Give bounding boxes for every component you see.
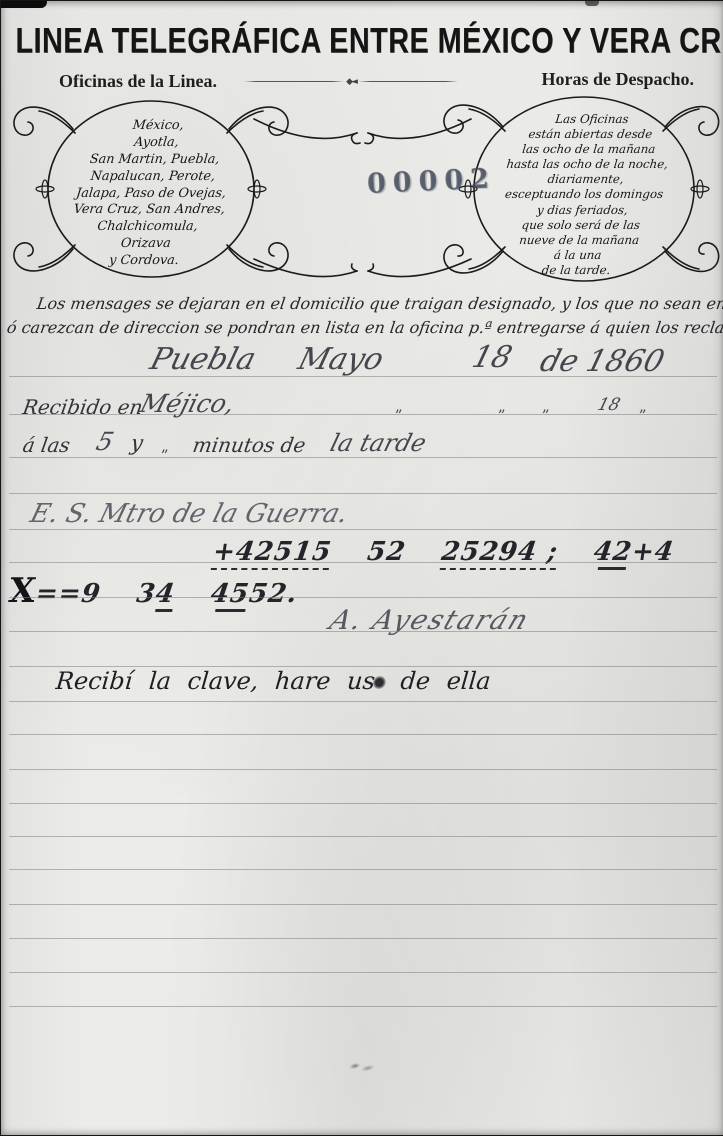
offices-subhead: Oficinas de la Linea.	[59, 71, 217, 92]
hours-line: hasta las ocho de la noche,	[482, 157, 692, 172]
dateline-year: 1860	[582, 344, 668, 379]
ruled-line	[9, 938, 717, 939]
dateline-de: de	[536, 344, 582, 379]
cipher-line-2: X==9 34 4552.	[6, 571, 301, 612]
time-period: la tarde	[327, 429, 429, 457]
ruled-line	[9, 414, 717, 415]
hours-subhead: Horas de Despacho.	[542, 69, 695, 90]
hours-line: las ocho de la mañana	[484, 142, 694, 157]
received-label: Recibido en	[21, 395, 144, 419]
office-line: Napalucan, Perote,	[56, 169, 250, 186]
reply-note: Recibí la clave, hare us de ella	[55, 667, 492, 695]
ditto-mark: „	[542, 397, 550, 415]
hours-line: Las Oficinas	[487, 112, 697, 127]
time-a-las: á las	[21, 433, 72, 457]
cipher-group: X==9	[6, 571, 104, 611]
ruled-line	[9, 734, 717, 735]
received-line: Recibido en Méjico, „ „ „ 18 „	[1, 393, 723, 427]
cipher-group: 34	[134, 579, 177, 612]
ruled-line	[9, 493, 717, 494]
divider-diamond-ornament: ◆◄	[346, 77, 356, 87]
hours-line: diariamente,	[481, 172, 691, 187]
ruled-line	[9, 904, 717, 905]
dateline: Puebla Mayo 18 de 1860	[1, 342, 723, 390]
ink-smudge	[343, 1053, 381, 1079]
notice-line-2: ó carezcan de direccion se pondran en li…	[6, 318, 723, 337]
scan-top-mark	[585, 1, 599, 6]
ruled-line	[9, 631, 717, 632]
ditto-mark: „	[498, 397, 506, 415]
ink-blot	[372, 676, 386, 689]
ruled-line	[9, 869, 717, 870]
hours-line: y dias feriados,	[478, 203, 688, 218]
ruled-line	[9, 529, 717, 530]
office-line: y Cordova.	[47, 253, 241, 270]
ruled-line	[9, 836, 717, 837]
ditto-mark: „	[161, 437, 169, 455]
offices-list: México, Ayotla, San Martin, Puebla, Napa…	[47, 118, 255, 270]
time-minutos-de: minutos de	[191, 433, 307, 457]
header-divider: ◆◄	[244, 80, 458, 83]
ruled-line	[9, 457, 717, 458]
dateline-place: Puebla	[146, 342, 259, 377]
ruled-line	[9, 666, 717, 667]
reply-note-text: de ella	[399, 667, 492, 695]
cipher-group: 25294 ;	[439, 537, 560, 570]
ruled-line	[9, 376, 717, 377]
time-hour: 5	[93, 427, 117, 456]
reply-note-text: Recibí la clave, hare us	[55, 667, 376, 695]
hours-line: á la una	[473, 248, 683, 263]
time-line: á las 5 y „ minutos de la tarde	[1, 431, 723, 465]
office-line: Jalapa, Paso de Ovejas,	[54, 186, 248, 203]
hours-line: nueve de la mañana	[474, 233, 684, 248]
time-y: y	[129, 431, 145, 455]
office-line: Vera Cruz, San Andres,	[52, 202, 246, 219]
hours-text: Las Oficinas están abiertas desde las oc…	[471, 112, 696, 278]
ruled-line	[9, 597, 717, 598]
office-line: México,	[61, 118, 255, 135]
hours-line: están abiertas desde	[486, 127, 696, 142]
ruled-line	[9, 701, 717, 702]
received-day: 18	[595, 395, 622, 415]
office-line: San Martin, Puebla,	[58, 152, 252, 169]
ruled-line	[9, 562, 717, 563]
dateline-day: 18	[468, 340, 516, 375]
serial-number-stamp: 00002	[366, 163, 496, 200]
hours-line: de la tarde.	[471, 263, 681, 278]
cipher-group: 4552.	[208, 579, 299, 612]
ruled-line	[9, 803, 717, 804]
cipher-group: 42+4	[591, 537, 676, 570]
ruled-line	[9, 1006, 717, 1007]
office-line: Ayotla,	[59, 135, 253, 152]
ruled-line	[9, 972, 717, 973]
addressee-line: E. S. Mtro de la Guerra.	[27, 499, 351, 529]
ruled-line	[9, 769, 717, 770]
office-line: Orizava	[49, 236, 243, 253]
hours-line: que solo será de las	[476, 218, 686, 233]
ditto-mark: „	[639, 397, 647, 415]
hours-line: esceptuando los domingos	[479, 187, 689, 202]
notice-line-1: Los mensages se dejaran en el domicilio …	[36, 294, 723, 313]
office-line: Chalchicomula,	[51, 219, 245, 236]
scan-corner-mark	[1, 1, 47, 8]
form-title: LINEA TELEGRÁFICA ENTRE MÉXICO Y VERA CR…	[15, 22, 709, 62]
dateline-month: Mayo	[294, 342, 387, 377]
cipher-group: +42515	[211, 537, 334, 570]
telegraph-form-page: LINEA TELEGRÁFICA ENTRE MÉXICO Y VERA CR…	[0, 0, 723, 1136]
ditto-mark: „	[395, 397, 403, 415]
cipher-line-1: +42515 52 25294 ; 42+4	[211, 537, 676, 570]
